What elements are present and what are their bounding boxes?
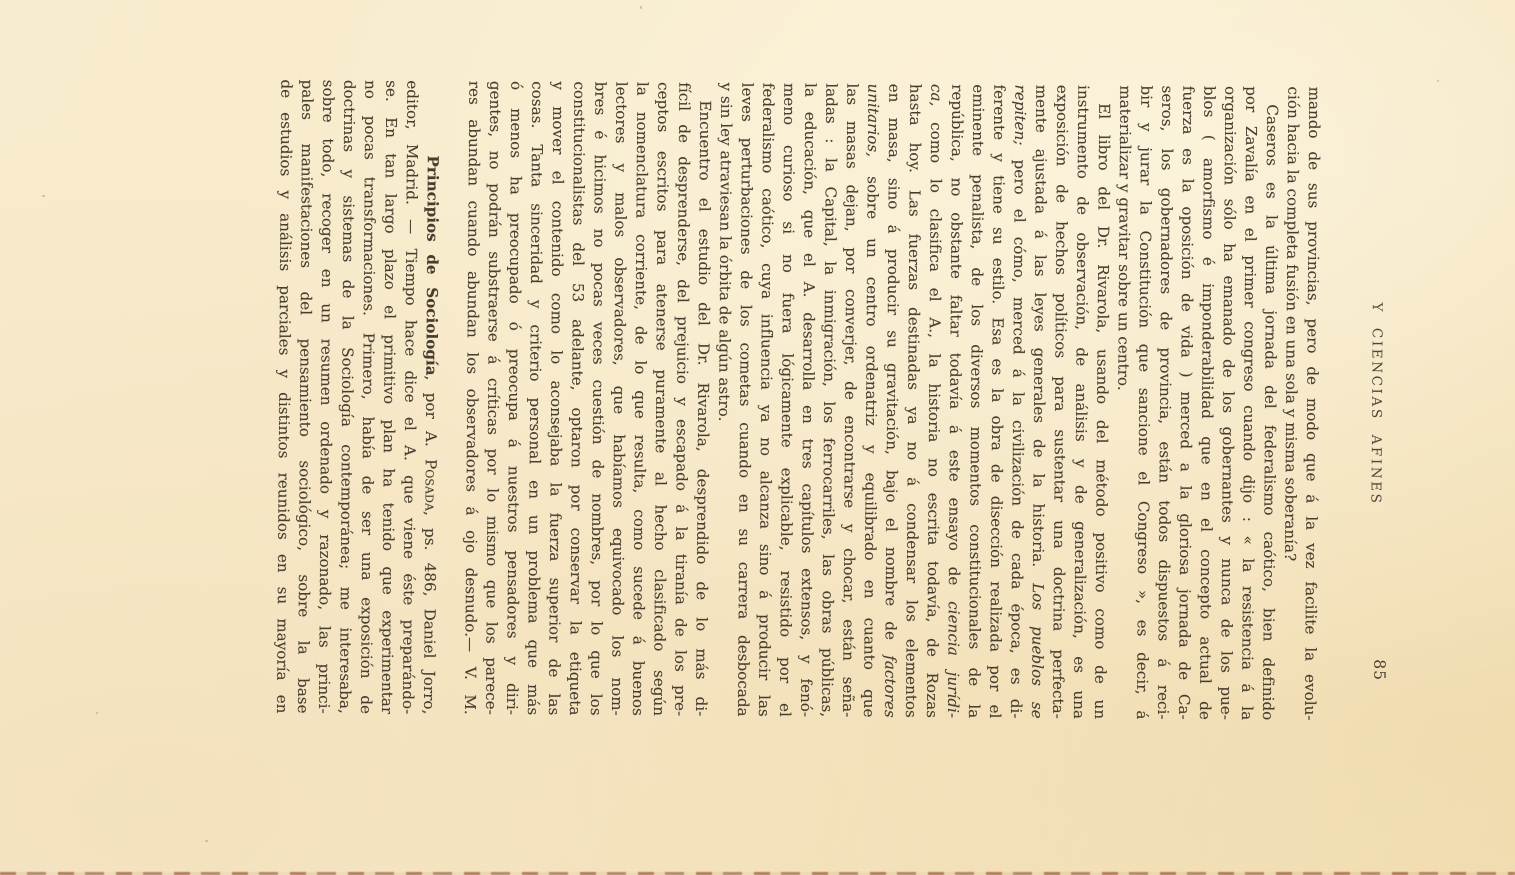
text-line: por Zavalía en el primer congreso cuando… (1236, 86, 1261, 720)
text-line: gentes, no podrán substraerse á críticas… (480, 81, 505, 715)
text-line: las masas dejan, por converjer, de encon… (837, 83, 862, 717)
text-line: mando de sus provincias, pero de modo qu… (1299, 87, 1324, 721)
text-line: unitarios, sobre un centro ordenatriz y … (858, 83, 883, 717)
paragraph: mando de sus provincias, pero de modo qu… (1278, 86, 1324, 720)
text-line: repiten; pero el cómo, merced á la civil… (1005, 84, 1030, 718)
scanned-book-page: Y CIENCIAS AFINES 85 mando de sus provin… (0, 0, 1515, 875)
page-content: Y CIENCIAS AFINES 85 mando de sus provin… (0, 0, 1515, 875)
text-line: ó menos ha preocupado ó preocupa á nuest… (501, 81, 526, 715)
text-line: bres é hicimos no pocas veces cuestión d… (585, 82, 610, 716)
text-line: federalismo caótico, cuya influencia ya … (753, 83, 778, 717)
paper-speck (96, 712, 98, 714)
text-line: hasta hoy. Las fuerzas destinadas ya no … (900, 84, 925, 718)
paper-speck (640, 6, 642, 9)
text-line: mente ajustada á las leyes generales de … (1026, 85, 1051, 719)
text-line: leves perturbaciones de los cometas cuan… (732, 83, 757, 717)
paragraph: El libro del Dr. Rivarola, usando del mé… (711, 82, 1114, 719)
text-line: constitucionalistas del 53 adelante, opt… (564, 81, 589, 715)
running-head: Y CIENCIAS AFINES 85 (1358, 87, 1386, 721)
text-line: ferente y tiene su estilo. Esa es la obr… (984, 84, 1009, 718)
paragraph: Caseros es la última jornada del federal… (1110, 85, 1282, 720)
text-line: se. En tan largo plazo el primitivo plan… (376, 80, 401, 714)
text-line: seros, los gobernadores de provincia, es… (1152, 85, 1177, 719)
text-line: editor, Madrid. — Tiempo hace dice el A.… (397, 80, 422, 714)
text-line: bir y jurar la Constitución que sancione… (1131, 85, 1156, 719)
text-line: y mover el contenido como lo aconsejaba … (543, 81, 568, 715)
text-line: lectores y malos observadores, que había… (606, 82, 631, 716)
text-line: blos ( amorfismo é imponderabilidad que … (1194, 86, 1219, 720)
text-line: exposición de hechos políticos para sust… (1047, 85, 1072, 719)
text-line: meno curioso si no fuera lógicamente exp… (774, 83, 799, 717)
paper-speck (1437, 80, 1439, 82)
text-line: organización sólo ha emanado de los gobe… (1215, 86, 1240, 720)
paper-speck (42, 195, 45, 197)
paragraph: Encuentro el estudio del Dr. Rivarola, d… (459, 81, 715, 717)
text-line: res abundan cuando abundan los observado… (459, 81, 484, 715)
text-line: Principios de Sociología, por A. Posada,… (418, 80, 443, 714)
text-line: en masa, sino á producir su gravitación,… (879, 84, 904, 718)
text-line: república, no obstante faltar todavía á … (942, 84, 967, 718)
paragraph: Principios de Sociología, por A. Posada,… (271, 79, 443, 714)
text-line: la nomenclatura corriente, de lo que res… (627, 82, 652, 716)
text-line: doctrinas y sistemas de la Sociología co… (334, 80, 359, 714)
text-line: instrumento de observación, de análisis … (1068, 85, 1093, 719)
body-text: mando de sus provincias, pero de modo qu… (271, 79, 1324, 720)
text-line: ca, como lo clasifica el A., la historia… (921, 84, 946, 718)
text-line: no pocas transformaciones. Primero, habí… (355, 80, 380, 714)
running-title: Y CIENCIAS AFINES (1367, 302, 1384, 505)
text-line: ceptos escritos para atenerse puramente … (648, 82, 673, 716)
text-line: eminente penalista, de los diversos mome… (963, 84, 988, 718)
text-line: El libro del Dr. Rivarola, usando del mé… (1089, 85, 1114, 719)
text-line: la educación, que el A. desarrolla en tr… (795, 83, 820, 717)
text-line: fícil de desprenderse, del prejuicio y e… (669, 82, 694, 716)
text-line: cosas. Tanta sinceridad y criterio perso… (522, 81, 547, 715)
page-number: 85 (1370, 659, 1388, 681)
text-line: Encuentro el estudio del Dr. Rivarola, d… (690, 82, 715, 716)
paper-speck (205, 840, 208, 842)
text-line: pales manifestaciones del pensamiento so… (292, 79, 317, 713)
text-line: sobre todo, recoger en un resumen ordena… (313, 80, 338, 714)
text-line: de estudios y análisis parciales y disti… (271, 79, 296, 713)
text-line: fuerza es la oposición de vida ) merced … (1173, 86, 1198, 720)
text-line: ladas : la Capital, la inmigración, los … (816, 83, 841, 717)
text-line: Caseros es la última jornada del federal… (1257, 86, 1282, 720)
